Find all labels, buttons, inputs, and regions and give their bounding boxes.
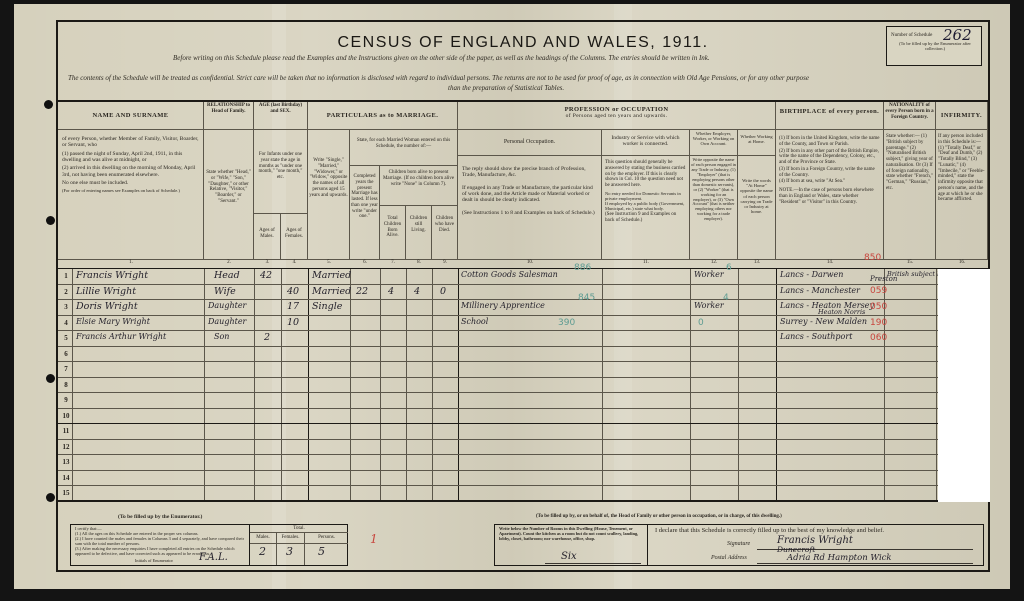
industry-desc-2: No entry needed for Domestic Servants in… (605, 191, 686, 201)
punch-hole (46, 374, 55, 383)
page-title: CENSUS OF ENGLAND AND WALES, 1911. (58, 34, 988, 52)
header-age-males: Ages of Males. (254, 214, 281, 260)
header-personal-occupation-desc: The reply should show the precise branch… (458, 156, 602, 260)
name-desc-text: of every Person, whether Member of Famil… (62, 136, 199, 149)
relationship: Daughter (208, 301, 246, 310)
header-age-desc: For Infants under one year state the age… (254, 130, 308, 214)
birthplace: Surrey - New Malden (780, 317, 867, 326)
birthplace-desc-3: (3) If born in a Foreign Country, write … (779, 167, 880, 179)
employer-code: 6 (726, 263, 732, 273)
birthplace-code: 050 (870, 302, 887, 312)
rooms-value: Six (561, 551, 577, 562)
table-row: 13 (58, 455, 988, 471)
occupation: Cotton Goods Salesman (461, 270, 558, 279)
employer-code: 0 (698, 318, 704, 328)
header-children-total: Total Children Born Alive. (380, 206, 406, 260)
col-num-7: 7. (380, 260, 406, 265)
initials-label: Initials of Enumerator (135, 558, 173, 563)
col-num-2: 2. (204, 260, 254, 265)
header-employer: Whether Employer, Worker, or Working on … (690, 130, 738, 156)
children-total: 4 (388, 286, 394, 297)
occupation: Millinery Apprentice (461, 301, 545, 310)
row-number: 11 (60, 427, 72, 435)
header-profession: PROFESSION or OCCUPATION of Persons aged… (458, 102, 776, 130)
occupation-code: 390 (558, 318, 575, 328)
rooms-section: Write below the Number of Rooms in this … (495, 525, 648, 565)
header-nationality-desc: State whether:— (1) "British subject by … (884, 130, 936, 260)
red-tally-mark: 1 (370, 532, 378, 546)
birthplace-extra: Heaton Norris (818, 308, 865, 316)
row-number: 2 (60, 288, 72, 296)
header-name: NAME AND SURNAME (58, 102, 204, 130)
annotation-850: 850 (864, 253, 881, 263)
occupation-desc-3: (See Instructions 1 to 8 and Examples on… (462, 210, 597, 216)
instruction-line: Before writing on this Schedule please r… (173, 54, 710, 62)
schedule-number-label: Number of Schedule (891, 33, 932, 38)
table-row: 8 (58, 378, 988, 394)
postal-address-label: Postal Address (711, 555, 747, 561)
persons-label: Persons. (305, 535, 348, 541)
header-name-desc: of every Person, whether Member of Famil… (58, 130, 204, 260)
punch-hole (46, 493, 55, 502)
header-industry-desc: This question should generally be answer… (602, 156, 690, 260)
schedule-frame: CENSUS OF ENGLAND AND WALES, 1911. Befor… (56, 20, 990, 572)
row-number: 8 (60, 381, 72, 389)
children-died: 0 (440, 286, 446, 297)
birthplace: Lancs - Darwen (780, 270, 843, 279)
relationship: Wife (214, 286, 236, 297)
birthplace: Lancs - Manchester (780, 286, 860, 295)
enumerator-initials: F.A.L. (199, 552, 228, 563)
row-number: 5 (60, 334, 72, 342)
marital-status: Married (312, 286, 351, 297)
header-relationship: RELATIONSHIP to Head of Family. (204, 102, 254, 130)
punch-hole (46, 216, 55, 225)
row-number: 9 (60, 396, 72, 404)
header-age-females: Ages of Females. (281, 214, 308, 260)
col-num-8: 8. (406, 260, 432, 265)
relationship: Head (214, 270, 240, 281)
schedule-number-box: Number of Schedule 262 (To be filled up … (886, 26, 982, 66)
age-male: 2 (264, 332, 270, 343)
header-married-woman-desc: State, for each Married Woman entered on… (350, 130, 458, 166)
header-infirmity: INFIRMITY. (936, 102, 988, 130)
col-num-9: 9. (432, 260, 458, 265)
females-total: 3 (286, 545, 293, 558)
header-birthplace: BIRTHPLACE of every person. (776, 102, 884, 130)
birthplace-note: NOTE.—In the case of persons born elsewh… (779, 188, 880, 205)
table-row: 1 Francis Wright Head 42 Married Cotton … (58, 269, 988, 285)
col-num-5: 5. (308, 260, 350, 265)
col-num-16: 16. (936, 260, 988, 265)
employer-code: 4 (723, 293, 729, 303)
household-box: Write below the Number of Rooms in this … (494, 524, 984, 566)
table-body: 1 Francis Wright Head 42 Married Cotton … (58, 269, 988, 502)
table-row: 11 (58, 424, 988, 440)
birthplace-desc-4: (4) If born at sea, write "At Sea." (779, 179, 880, 185)
row-number: 13 (60, 458, 72, 466)
table-row: 15 (58, 486, 988, 502)
name-desc-2: (2) arrived in this dwelling on the morn… (62, 165, 199, 178)
header-nationality: NATIONALITY of every Person born in a Fo… (884, 102, 936, 130)
industry-desc-3: If employed by a public body (Government… (605, 201, 686, 211)
col-num-11: 11. (602, 260, 690, 265)
footer: (To be filled up by the Enumerator.) I c… (58, 510, 988, 572)
occupation-desc-2: If engaged in any Trade or Manufacture, … (462, 185, 597, 204)
table-row: 6 (58, 347, 988, 363)
females-label: Females. (277, 535, 304, 541)
occupation-code: 886 (574, 263, 591, 273)
birthplace-code: 190 (870, 318, 887, 328)
schedule-number-note: (To be filled up by the Enumerator after… (891, 42, 979, 52)
header-personal-occupation: Personal Occupation. (458, 130, 602, 156)
persons-total: 5 (318, 545, 325, 558)
relationship: Daughter (208, 317, 246, 326)
header-at-home: Whether Working at Home. (738, 130, 776, 156)
males-label: Males. (250, 535, 276, 541)
confidentiality-line-2: than the preparation of Statistical Tabl… (448, 84, 564, 92)
header-at-home-desc: Write the words "At Home" opposite the n… (738, 156, 776, 260)
occupation-desc-1: The reply should show the precise branch… (462, 166, 597, 179)
person-name: Francis Arthur Wright (76, 332, 166, 341)
header-children-desc: Children born alive to present Marriage.… (380, 166, 458, 206)
marital-status: Married (312, 270, 351, 281)
row-number: 1 (60, 272, 72, 280)
table-row: 2 Lillie Wright Wife 40 Married 22 4 4 0… (58, 285, 988, 301)
address-line-2: Adria Rd Hampton Wick (787, 553, 892, 563)
column-number-row: 1. 2. 3. 4. 5. 6. 7. 8. 9. 10. 11. 12. 1… (58, 260, 988, 269)
census-table: NAME AND SURNAME RELATIONSHIP to Head of… (58, 100, 988, 512)
table-row: 7 (58, 362, 988, 378)
person-name: Lillie Wright (76, 286, 136, 297)
row-number: 6 (60, 350, 72, 358)
industry-desc-4: (See Instruction 9 and Examples on back … (605, 212, 686, 224)
age-female: 17 (287, 301, 299, 312)
birthplace-extra: Preston (870, 275, 897, 283)
employer-status: Worker (694, 301, 724, 310)
birthplace-desc-1: (1) If born in the United Kingdom, write… (779, 136, 880, 148)
confidentiality-line: The contents of the Schedule will be tre… (68, 74, 809, 82)
row-number: 7 (60, 365, 72, 373)
birthplace-desc-2: (2) If born in any other part of the Bri… (779, 149, 880, 166)
age-male: 42 (260, 270, 272, 281)
totals-table: Total. Males. Females. Persons. 2 3 5 (249, 525, 348, 565)
total-label: Total. (250, 526, 348, 533)
birthplace-code: 059 (870, 286, 887, 296)
relationship: Son (214, 332, 229, 341)
table-row: 4 Elsie Mary Wright Daughter 10 School 3… (58, 316, 988, 332)
row-number: 4 (60, 319, 72, 327)
person-name: Francis Wright (76, 270, 148, 281)
col-num-6: 6. (350, 260, 380, 265)
enumerator-heading: (To be filled up by the Enumerator.) (118, 514, 202, 520)
punch-hole (44, 100, 53, 109)
table-row: 14 (58, 471, 988, 487)
marital-status: Single (312, 301, 342, 312)
years-married: 22 (356, 286, 368, 297)
males-total: 2 (259, 545, 266, 558)
header-employer-desc: Write opposite the name of each person e… (690, 156, 738, 260)
name-desc-4: (For order of entering names see Example… (62, 188, 199, 193)
header-marriage: PARTICULARS as to MARRIAGE. (308, 102, 458, 130)
name-desc-1: (1) passed the night of Sunday, April 2n… (62, 151, 199, 164)
row-number: 3 (60, 303, 72, 311)
occupation: School (461, 317, 488, 326)
employer-status: Worker (694, 270, 724, 279)
header-infirmity-desc: If any person included in this Schedule … (936, 130, 988, 260)
age-female: 10 (287, 317, 299, 328)
signature-label: Signature (727, 541, 750, 547)
col-num-13: 13. (738, 260, 776, 265)
name-desc-3: No one else must be included. (62, 180, 199, 186)
col-num-3: 3. (254, 260, 281, 265)
header-birthplace-desc: (1) If born in the United Kingdom, write… (776, 130, 884, 260)
occupation-code: 845 (578, 293, 595, 303)
birthplace-code: 060 (870, 333, 887, 343)
industry-desc-1: This question should generally be answer… (605, 160, 686, 189)
header-marital-desc: Write "Single," "Married," "Widower," or… (308, 130, 350, 260)
person-name: Doris Wright (76, 301, 138, 312)
table-row: 12 (58, 440, 988, 456)
header-age: AGE (last Birthday) and SEX. (254, 102, 308, 130)
household-heading: (To be filled up by, or on behalf of, th… (536, 514, 782, 519)
person-name: Elsie Mary Wright (76, 317, 150, 326)
table-row: 9 (58, 393, 988, 409)
row-number: 14 (60, 474, 72, 482)
row-number: 12 (60, 443, 72, 451)
col-num-1: 1. (58, 260, 204, 265)
enumerator-box: I certify that:— (1.) All the ages on th… (70, 524, 348, 566)
declaration-text: I declare that this Schedule is correctl… (655, 527, 884, 534)
header-years-married: Completed years the present Marriage has… (350, 166, 380, 260)
header-industry: Industry or Service with which worker is… (602, 130, 690, 156)
rooms-instruction: Write below the Number of Rooms in this … (499, 527, 643, 542)
children-living: 4 (414, 286, 420, 297)
header-children-died: Children who have Died. (432, 206, 458, 260)
header-children-living: Children still Living. (406, 206, 432, 260)
header-relationship-desc: State whether "Head," or "Wife," "Son," … (204, 130, 254, 260)
table-row: 5 Francis Arthur Wright Son 2 Lancs - So… (58, 331, 988, 347)
redacted-infirmity-column (938, 269, 990, 502)
col-num-15: 15. (884, 260, 936, 265)
table-row: 10 (58, 409, 988, 425)
birthplace: Lancs - Southport (780, 332, 852, 341)
profession-subtitle: of Persons aged ten years and upwards. (459, 113, 774, 119)
row-number: 15 (60, 489, 72, 497)
col-num-4: 4. (281, 260, 308, 265)
row-number: 10 (60, 412, 72, 420)
age-female: 40 (287, 286, 299, 297)
